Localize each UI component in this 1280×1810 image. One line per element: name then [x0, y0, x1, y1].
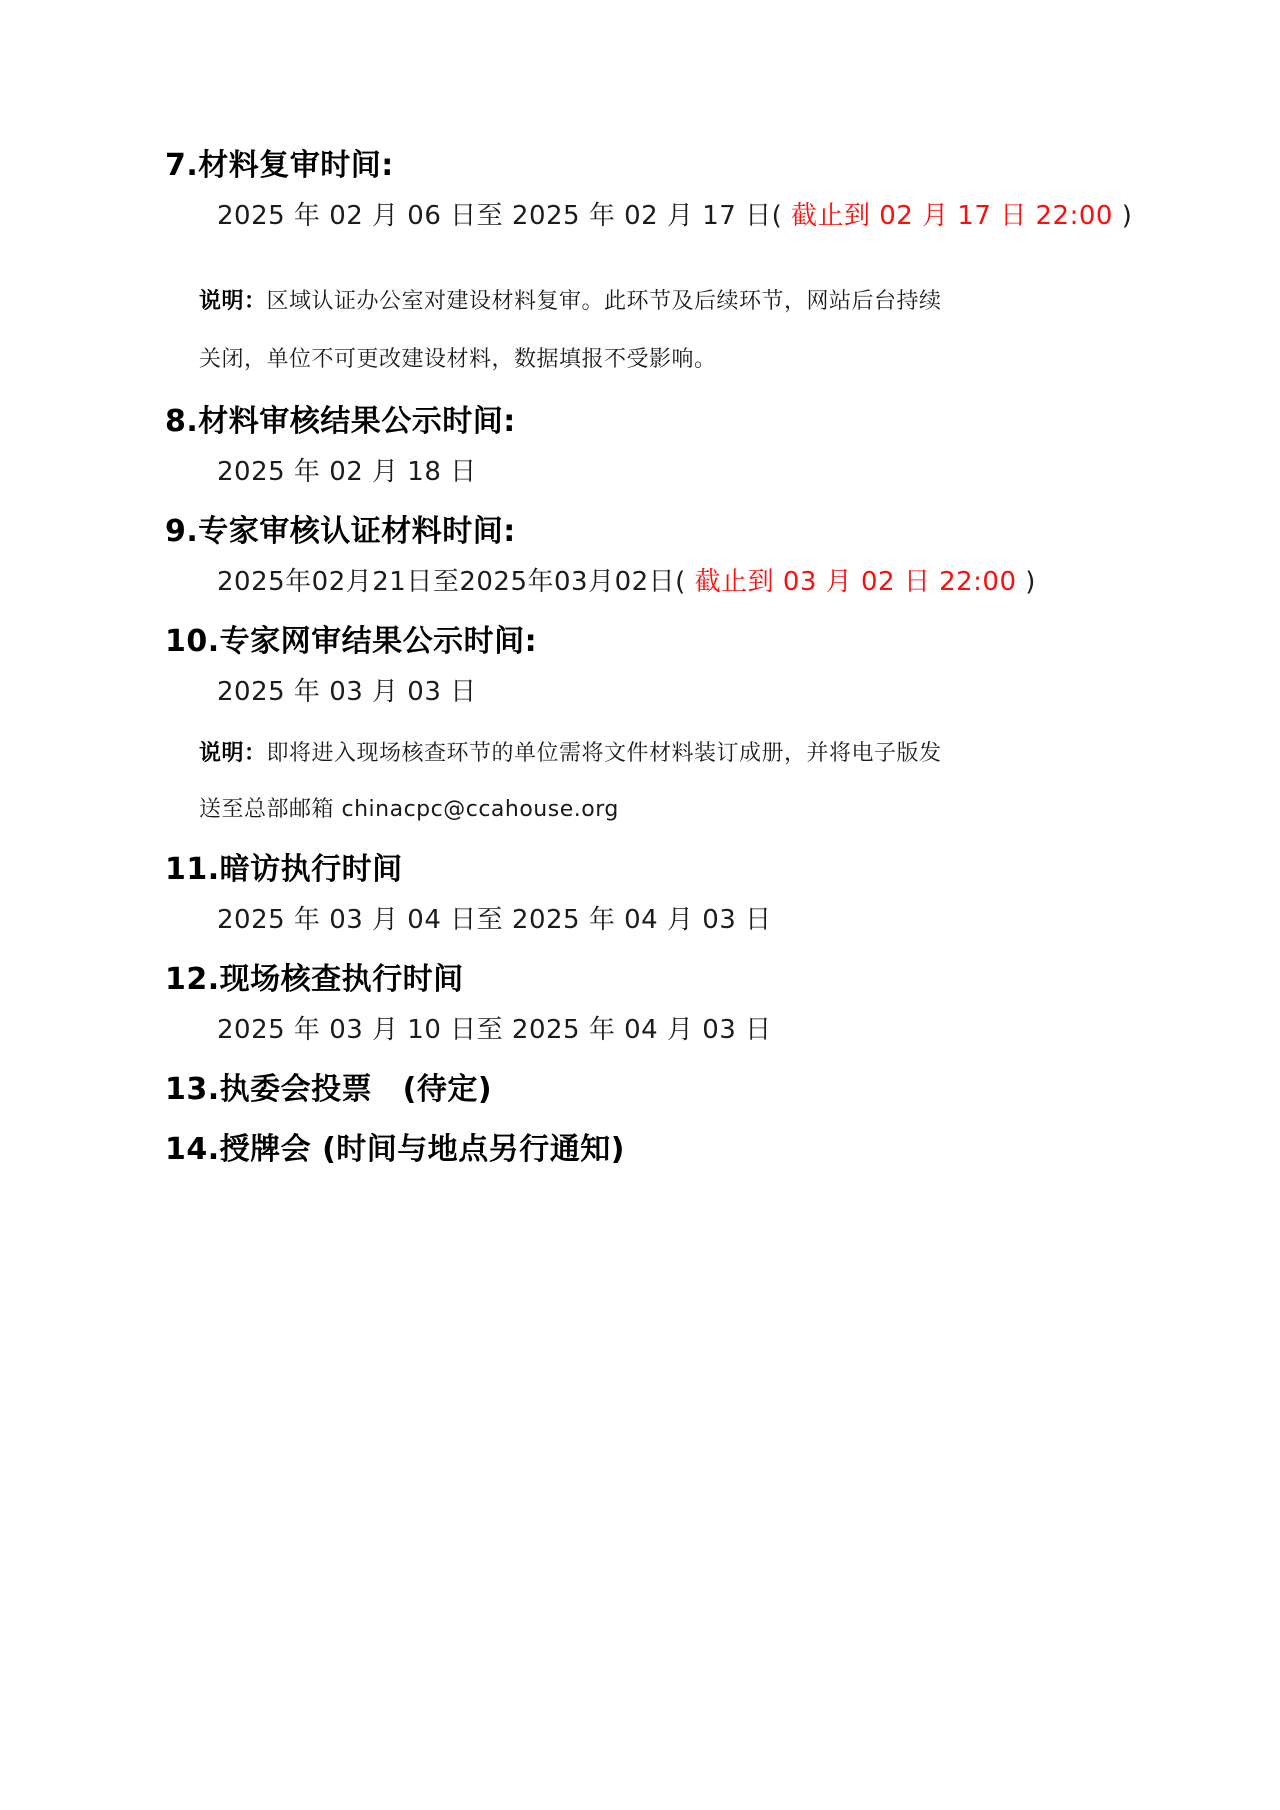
section-8-date-line: 2025 年 02 月 18 日 [217, 452, 1200, 492]
section-onsite-inspection: 12.现场核查执行时间 2025 年 03 月 10 日至 2025 年 04 … [165, 960, 1200, 1050]
note-label: 说明： [199, 289, 267, 314]
section-9-date-line: 2025年02月21日至2025年03月02日( 截止到 03 月 02 日 2… [217, 562, 1200, 602]
section-award-ceremony: 14.授牌会 (时间与地点另行通知) [165, 1130, 1200, 1170]
section-7-date-line: 2025 年 02 月 06 日至 2025 年 02 月 17 日( 截止到 … [217, 196, 1200, 236]
section-9-heading: 9.专家审核认证材料时间: [165, 512, 1200, 552]
section-11-date-line: 2025 年 03 月 04 日至 2025 年 04 月 03 日 [217, 900, 1200, 940]
note-label: 说明： [199, 741, 267, 766]
section-expert-review: 9.专家审核认证材料时间: 2025年02月21日至2025年03月02日( 截… [165, 512, 1200, 602]
section-10-heading: 10.专家网审结果公示时间: [165, 622, 1200, 662]
section-9-date-range: 2025年02月21日至2025年03月02日( [217, 567, 686, 597]
section-13-heading: 13.执委会投票 (待定) [165, 1070, 1200, 1110]
section-10-note-line-1: 说明：即将进入现场核查环节的单位需将文件材料装订成册，并将电子版发 [199, 734, 1200, 774]
section-10-note-line-2: 送至总部邮箱 chinacpc@ccahouse.org [199, 790, 1200, 830]
section-12-date-line: 2025 年 03 月 10 日至 2025 年 04 月 03 日 [217, 1010, 1200, 1050]
section-committee-vote: 13.执委会投票 (待定) [165, 1070, 1200, 1110]
section-9-date-close-paren: ) [1025, 567, 1036, 597]
section-material-re-review: 7.材料复审时间: 2025 年 02 月 06 日至 2025 年 02 月 … [165, 146, 1200, 380]
document-page: 7.材料复审时间: 2025 年 02 月 06 日至 2025 年 02 月 … [0, 0, 1280, 1810]
section-10-note-text-2: 送至总部邮箱 [199, 797, 342, 822]
section-9-deadline-text: 截止到 03 月 02 日 22:00 [686, 567, 1025, 597]
section-7-date-range: 2025 年 02 月 06 日至 2025 年 02 月 17 日( [217, 201, 782, 231]
section-7-note-line-2: 关闭，单位不可更改建设材料，数据填报不受影响。 [199, 340, 1200, 380]
section-8-heading: 8.材料审核结果公示时间: [165, 402, 1200, 442]
email-address: chinacpc@ccahouse.org [342, 797, 619, 822]
section-12-heading: 12.现场核查执行时间 [165, 960, 1200, 1000]
section-7-deadline-text: 截止到 02 月 17 日 22:00 [782, 201, 1121, 231]
section-10-date-line: 2025 年 03 月 03 日 [217, 672, 1200, 712]
section-online-review-result: 10.专家网审结果公示时间: 2025 年 03 月 03 日 说明：即将进入现… [165, 622, 1200, 830]
section-7-heading: 7.材料复审时间: [165, 146, 1200, 186]
section-7-note-line-1: 说明：区域认证办公室对建设材料复审。此环节及后续环节，网站后台持续 [199, 282, 1200, 322]
section-review-result-publicity: 8.材料审核结果公示时间: 2025 年 02 月 18 日 [165, 402, 1200, 492]
section-7-date-close-paren: ) [1122, 201, 1133, 231]
section-11-heading: 11.暗访执行时间 [165, 850, 1200, 890]
section-covert-visit: 11.暗访执行时间 2025 年 03 月 04 日至 2025 年 04 月 … [165, 850, 1200, 940]
section-10-note-text-1: 即将进入现场核查环节的单位需将文件材料装订成册，并将电子版发 [267, 741, 942, 766]
section-7-note-text-1: 区域认证办公室对建设材料复审。此环节及后续环节，网站后台持续 [267, 289, 942, 314]
section-14-heading: 14.授牌会 (时间与地点另行通知) [165, 1130, 1200, 1170]
